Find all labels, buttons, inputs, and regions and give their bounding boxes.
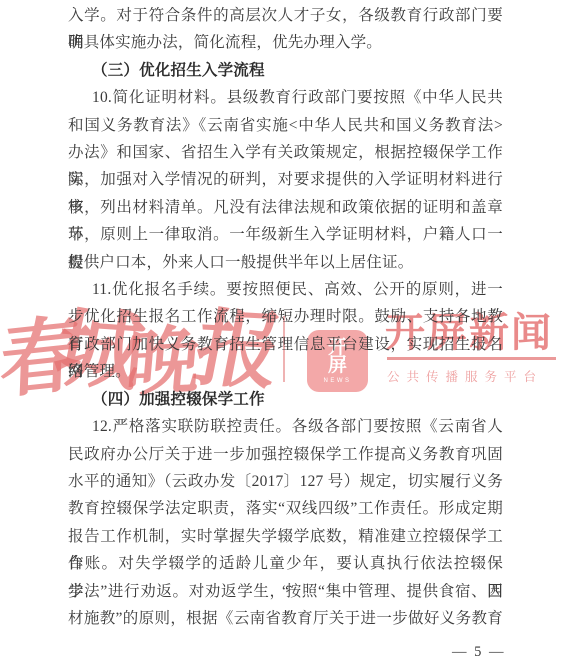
document-line: 教育控辍保学法定职责，落实“双线四级”工作责任。形成定期 — [68, 495, 503, 522]
document-line: 络管理。 — [68, 358, 503, 385]
document-line: 步优化招生报名工作流程，缩短办理时限。鼓励、支持各地教育 — [68, 303, 503, 330]
section-heading-line: （三）优化招生入学流程 — [68, 57, 503, 84]
document-line: 入学。对于符合条件的高层次人才子女，各级教育行政部门要明 — [68, 2, 503, 29]
document-line: 水平的通知》（云政办发〔2017〕127 号）规定，切实履行义务 — [68, 468, 503, 495]
document-line: 办法》和国家、省招生入学有关政策规定，根据控辍保学工作实 — [68, 139, 503, 166]
document-line: 材施教”的原则，根据《云南省教育厅关于进一步做好义务教育 — [68, 605, 503, 632]
document-line: 12.严格落实联防联控责任。各级各部门要按照《云南省人 — [68, 413, 503, 440]
document-line: 台账。对失学辍学的适龄儿童少年，要认真执行依法控辍保学“四 — [68, 550, 503, 577]
page-number: — 5 — — [452, 644, 506, 661]
section-heading-line: （四）加强控辍保学工作 — [68, 386, 503, 413]
document-line: 确具体实施办法，简化流程，优先办理入学。 — [68, 29, 503, 56]
document-line: 节，原则上一律取消。一年级新生入学证明材料，户籍人口一般 — [68, 221, 503, 248]
document-line: 10.简化证明材料。县级教育行政部门要按照《中华人民共 — [68, 84, 503, 111]
document-line: 报告工作机制，实时掌握失学辍学底数，精准建立控辍保学工作 — [68, 523, 503, 550]
document-line: 核，列出材料清单。凡没有法律法规和政策依据的证明和盖章环 — [68, 194, 503, 221]
document-line: 11.优化报名手续。要按照便民、高效、公开的原则，进一 — [68, 276, 503, 303]
document-line: 行政部门加快义务教育招生管理信息平台建设，实现招生报名网 — [68, 331, 503, 358]
document-line: 际，加强对入学情况的研判，对要求提供的入学证明材料进行审 — [68, 166, 503, 193]
document-line: 民政府办公厅关于进一步加强控辍保学工作提高义务教育巩固 — [68, 441, 503, 468]
document-line: 提供户口本，外来人口一般提供半年以上居住证。 — [68, 249, 503, 276]
document-line: 步法”进行劝返。对劝返学生，按照“集中管理、提供食宿、因 — [68, 578, 503, 605]
document-line: 和国义务教育法》《云南省实施<中华人民共和国义务教育法> — [68, 112, 503, 139]
document-text: 入学。对于符合条件的高层次人才子女，各级教育行政部门要明确具体实施办法，简化流程… — [68, 2, 503, 632]
document-page: 春城晚报 开 屏 NEWS 开屏新闻 公共传播服务平台 入学。对于符合条件的高层… — [0, 0, 572, 670]
